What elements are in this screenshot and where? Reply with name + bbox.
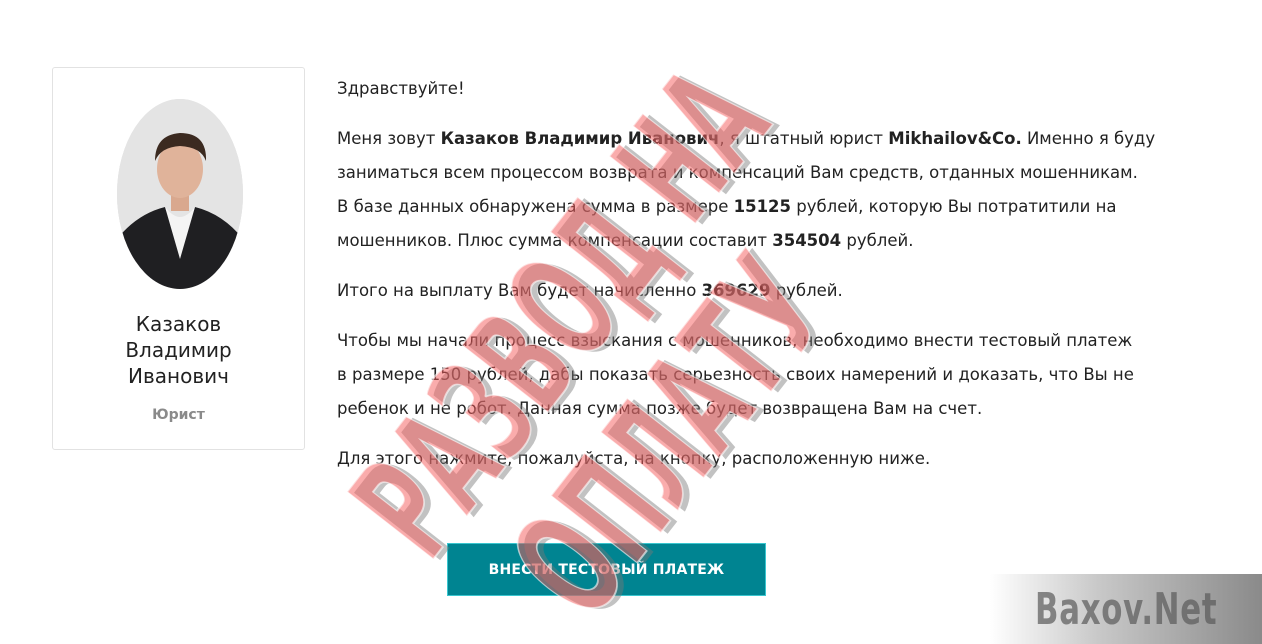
site-watermark: Baxov.Net [990, 574, 1262, 644]
test-payment-button[interactable]: ВНЕСТИ ТЕСТОВЫЙ ПЛАТЕЖ [447, 543, 766, 596]
watermark-text: Baxov.Net [1035, 584, 1217, 635]
portrait-image [117, 99, 243, 289]
intro-paragraph: Меня зовут Казаков Владимир Иванович, я … [337, 122, 1167, 258]
company-name: Mikhailov&Co. [888, 129, 1021, 148]
payment-request-paragraph: Чтобы мы начали процесс взыскания с моше… [337, 324, 1147, 426]
total-paragraph: Итого на выплату Вам будет начисленно 36… [337, 274, 1167, 308]
found-amount: 15125 [734, 197, 791, 216]
profile-card: Казаков Владимир Иванович Юрист [52, 67, 305, 450]
greeting: Здравствуйте! [337, 72, 1167, 106]
instruction-paragraph: Для этого нажмите, пожалуйста, на кнопку… [337, 442, 1167, 476]
lawyer-avatar [117, 99, 243, 289]
compensation-amount: 354504 [772, 231, 841, 250]
lawyer-role: Юрист [53, 407, 304, 423]
lawyer-name-inline: Казаков Владимир Иванович [441, 129, 720, 148]
total-amount: 369629 [702, 281, 771, 300]
message-body: Здравствуйте! Меня зовут Казаков Владими… [337, 72, 1167, 476]
lawyer-name: Казаков Владимир Иванович [53, 311, 304, 389]
